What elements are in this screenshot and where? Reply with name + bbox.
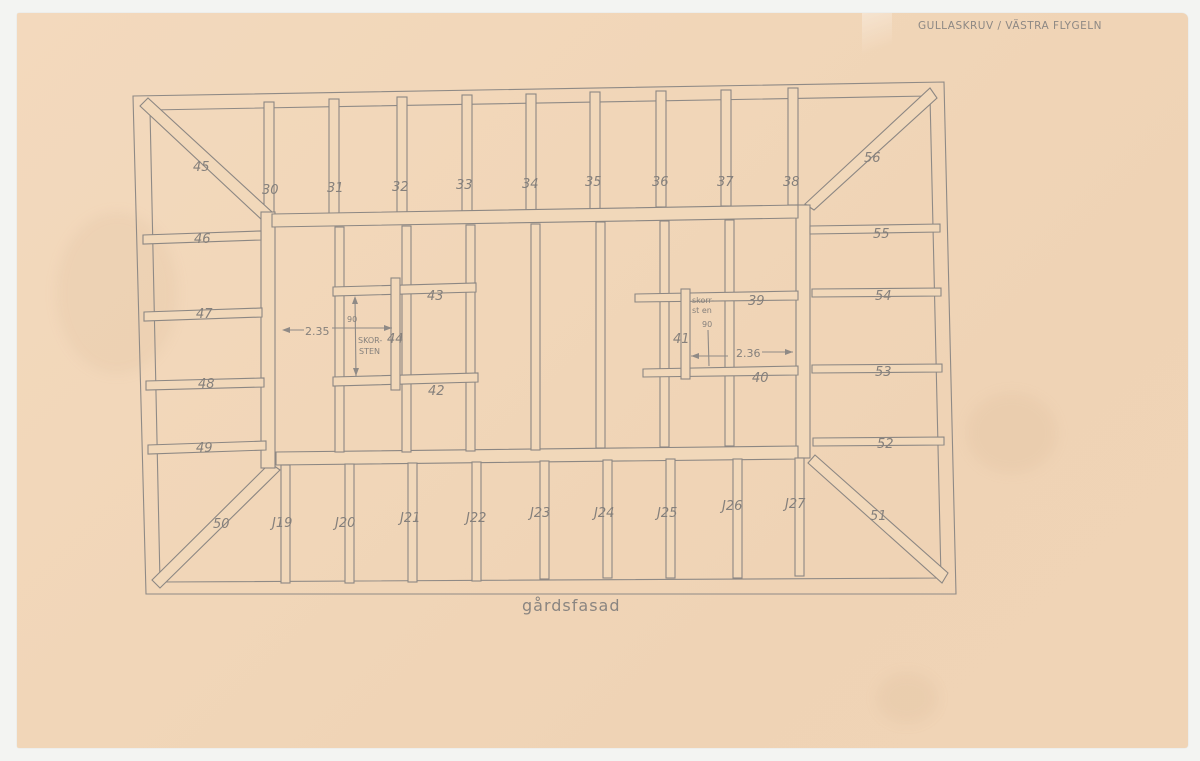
rafter-label: 47 <box>196 307 213 322</box>
trimmer-42 <box>333 373 478 386</box>
rafter-label: J23 <box>527 506 550 521</box>
rafter-label: 31 <box>327 181 344 196</box>
drawing-caption: gårdsfasad <box>522 596 620 615</box>
chimney-label: SKOR- <box>358 336 382 345</box>
rafter-label: 35 <box>585 175 602 190</box>
height-dimension: 90 <box>702 320 712 329</box>
trimmer-label: 39 <box>748 294 765 309</box>
rafter-label: J27 <box>782 497 806 512</box>
left-rafters <box>143 231 266 454</box>
offset-dimension: 2.35 <box>305 325 330 338</box>
header-label: 44 <box>387 332 404 347</box>
rafter-label: 55 <box>873 227 890 242</box>
rafter-label: J26 <box>719 499 742 514</box>
rafter-label: 53 <box>875 365 892 380</box>
chimney-label: STEN <box>359 347 380 356</box>
height-dimension: 90 <box>347 315 357 324</box>
rafter-label: 49 <box>196 441 213 456</box>
header-label: 41 <box>673 332 690 347</box>
rafter-label: J21 <box>397 511 420 526</box>
ridge-frame-left-post <box>261 212 275 468</box>
rafter-label: 34 <box>522 177 539 192</box>
hip-rafter-56 <box>805 88 937 210</box>
rafter-label: 37 <box>717 175 734 190</box>
rafter-label: 32 <box>392 180 409 195</box>
rafter-label: 38 <box>783 175 800 190</box>
chimney-label: skorr- <box>692 296 714 305</box>
rafter-label: J19 <box>269 516 292 531</box>
hip-rafter-45 <box>140 98 272 220</box>
rafter-label: 48 <box>198 377 215 392</box>
rafter-label: 33 <box>456 178 473 193</box>
rafter-label: J24 <box>591 506 614 521</box>
right-rafters <box>810 224 944 446</box>
hip-label: 56 <box>864 151 881 166</box>
chimney-label: st en <box>692 306 712 315</box>
rafter-label: 30 <box>262 183 279 198</box>
hip-label: 51 <box>870 509 887 524</box>
trimmer-label: 43 <box>427 289 444 304</box>
hip-label: 50 <box>213 517 230 532</box>
offset-dimension: 2.36 <box>736 347 761 360</box>
trimmer-43 <box>333 283 476 296</box>
rafter-label: 54 <box>875 289 892 304</box>
hip-label: 45 <box>193 160 210 175</box>
trimmer-label: 42 <box>428 384 445 399</box>
trimmer-label: 40 <box>752 371 769 386</box>
roof-framing-plan: 30 31 32 33 34 35 36 37 38 J19 J20 J21 J… <box>0 0 1200 761</box>
rafter-label: 46 <box>194 232 211 247</box>
ridge-frame-right-post <box>796 205 810 458</box>
rafter-label: J20 <box>332 516 355 531</box>
rafter-label: J25 <box>654 506 677 521</box>
rafter-label: 36 <box>652 175 669 190</box>
rafter-label: J22 <box>463 511 486 526</box>
rafter-label: 52 <box>877 437 894 452</box>
